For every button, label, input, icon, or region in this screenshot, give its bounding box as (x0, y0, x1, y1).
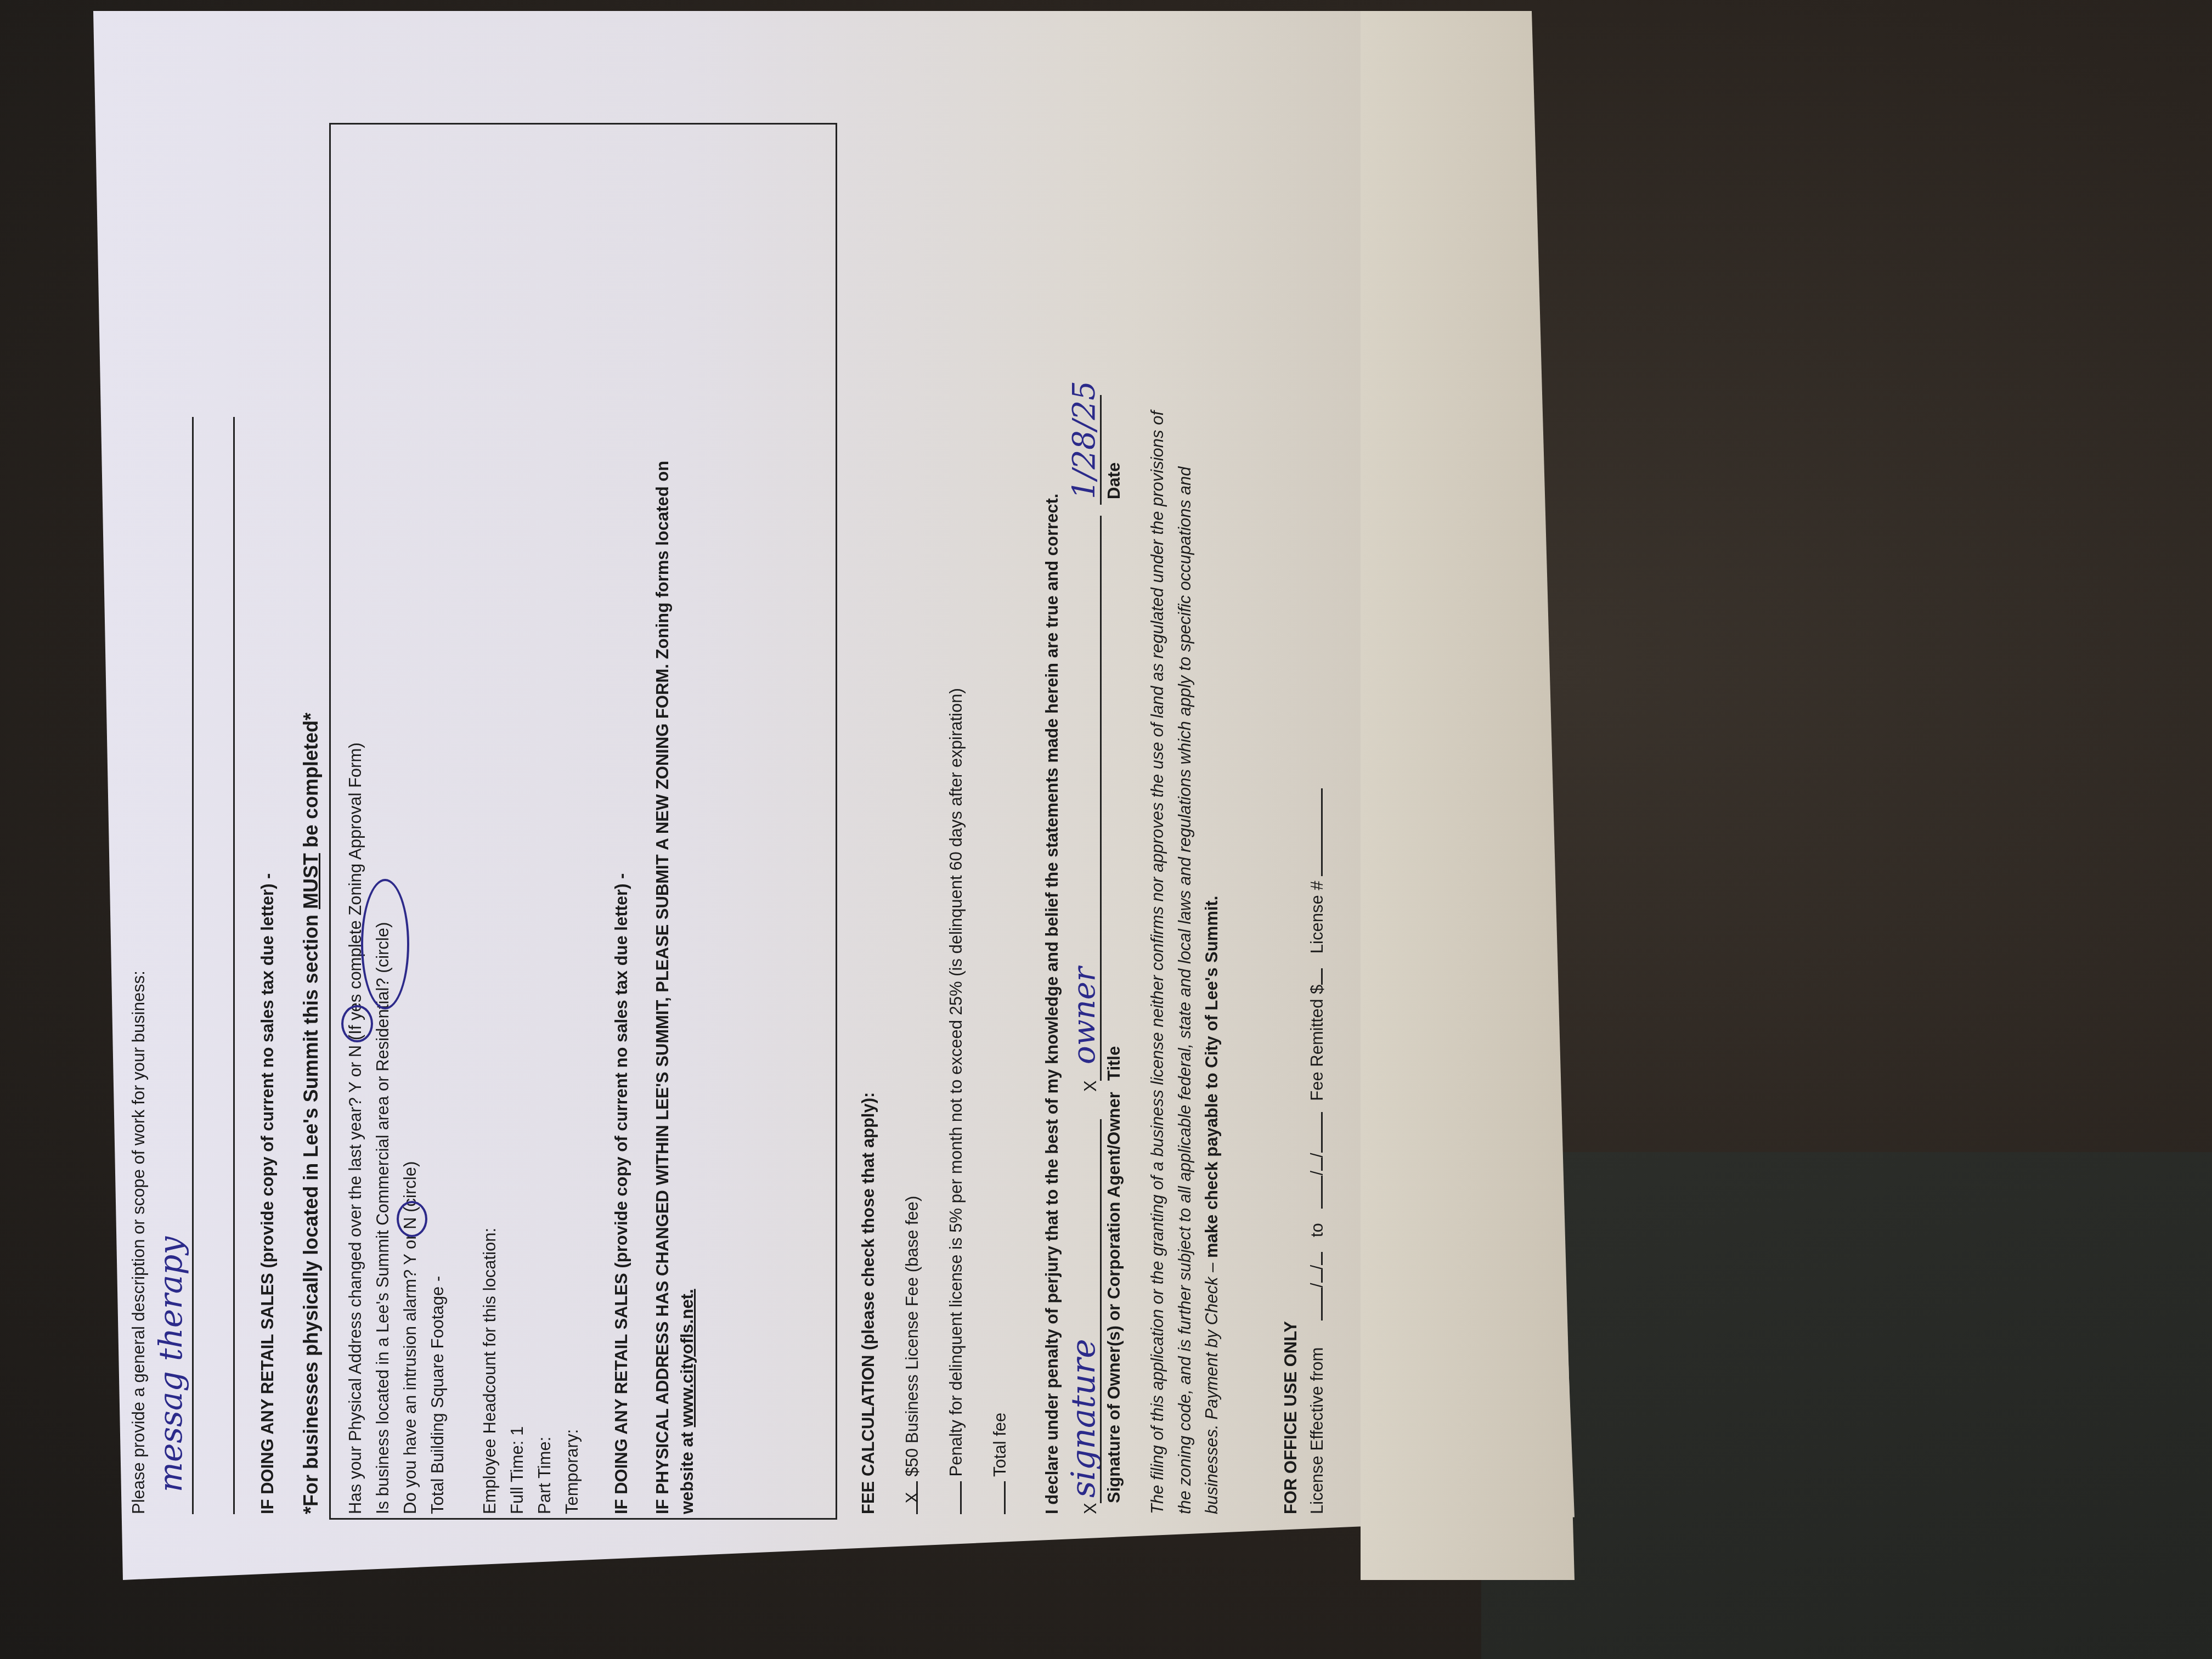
retail-sales-label-2: IF DOING ANY RETAIL SALES (provide copy … (609, 873, 635, 1514)
full-time-value[interactable]: 1 (507, 1426, 527, 1436)
scope-line-1 (192, 417, 194, 1514)
part-time-label: Part Time: (532, 1437, 558, 1514)
scope-line-2 (233, 417, 235, 1514)
answer-circle-residential[interactable] (361, 879, 409, 1009)
effective-to-day[interactable] (1305, 1158, 1323, 1171)
effective-from-year[interactable] (1305, 1252, 1323, 1265)
question-address-changed: Has your Physical Address changed over t… (343, 742, 369, 1514)
fee-remitted-field[interactable] (1305, 968, 1323, 985)
office-use-row: License Effective from // to // Fee Remi… (1305, 788, 1330, 1514)
scope-answer[interactable]: messag therapy (147, 1237, 195, 1492)
signature-label: Signature of Owner(s) or Corporation Age… (1102, 1092, 1127, 1503)
address-changed-notice: IF PHYSICAL ADDRESS HAS CHANGED WITHIN L… (650, 461, 676, 1514)
title-label: Title (1102, 1046, 1127, 1081)
fee-calculation-heading: FEE CALCULATION (please check those that… (856, 1092, 882, 1514)
fee-item-penalty: Penalty for delinquent license is 5% per… (944, 688, 969, 1514)
effective-from-month[interactable] (1305, 1288, 1323, 1321)
headcount-label: Employee Headcount for this location: (477, 1228, 503, 1514)
lees-summit-heading: *For businesses physically located in Le… (296, 713, 326, 1514)
disclaimer: The filing of this application or the gr… (1144, 384, 1226, 1514)
signature-x: X (1078, 1503, 1104, 1514)
office-use-heading: FOR OFFICE USE ONLY (1278, 1321, 1304, 1514)
retail-sales-label-1: IF DOING ANY RETAIL SALES (provide copy … (255, 873, 281, 1514)
fee-item-base: X $50 Business License Fee (base fee) (900, 1196, 926, 1514)
license-number-field[interactable] (1305, 788, 1323, 876)
business-license-form: Please provide a general description or … (126, 33, 1470, 1514)
background-fabric (1481, 1152, 2212, 1659)
fee-item-total: Total fee (988, 1413, 1013, 1514)
website-row: website at www.cityofls.net. (675, 1289, 701, 1514)
answer-circle-alarm-n[interactable] (397, 1201, 427, 1237)
answer-circle-address-n[interactable] (341, 1005, 373, 1042)
effective-to-year[interactable] (1305, 1139, 1323, 1153)
fee-check-penalty[interactable] (944, 1481, 962, 1514)
website-link[interactable]: www.cityofls.net. (678, 1289, 697, 1427)
full-time-row: Full Time: 1 (505, 1426, 531, 1514)
title-x: X (1078, 1080, 1104, 1092)
sq-footage-label: Total Building Square Footage - (425, 1276, 451, 1514)
fee-check-base[interactable]: X (900, 1481, 918, 1514)
fee-check-total[interactable] (988, 1481, 1006, 1514)
title-line (1100, 516, 1102, 1081)
question-zone: Is business located in a Lee's Summit Co… (370, 922, 396, 1514)
date-label: Date (1102, 462, 1127, 499)
effective-from-day[interactable] (1305, 1269, 1323, 1283)
temporary-label: Temporary: (560, 1429, 585, 1514)
effective-to-month[interactable] (1305, 1176, 1323, 1209)
